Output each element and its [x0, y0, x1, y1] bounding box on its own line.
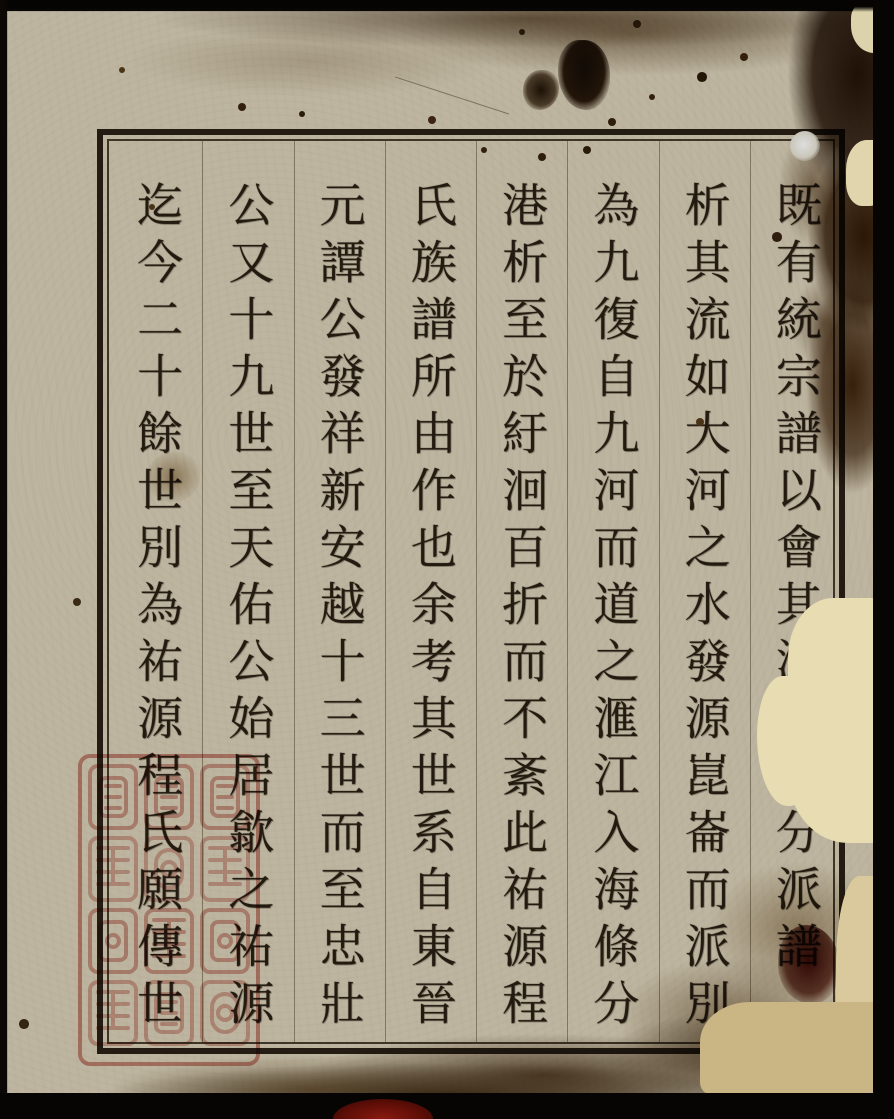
- text-column-3: 為九復自九河而道之滙江入海條分: [567, 141, 658, 1042]
- text-column-5: 氏族譜所由作也余考其世系自東晉: [385, 141, 476, 1042]
- column-text: 氏族譜所由作也余考其世系自東晉: [408, 141, 454, 1042]
- scan-edge-left: [0, 0, 8, 1119]
- column-text: 元譚公發祥新安越十三世而至忠壯: [317, 141, 363, 1042]
- text-column-4: 港析至於紆洄百折而不紊此祐源程: [476, 141, 567, 1042]
- column-text: 港析至於紆洄百折而不紊此祐源程: [499, 141, 545, 1042]
- scan-edge-top: [0, 0, 894, 12]
- scanned-genealogy-page: 既有統宗譜以會其源復有分派譜 析其流如大河之水發源崑崙而派別 為九復自九河而道之…: [0, 0, 894, 1119]
- red-seal-stamp-icon: [76, 752, 262, 1068]
- column-text: 既有統宗譜以會其源復有分派譜: [773, 141, 819, 1042]
- text-column-6: 元譚公發祥新安越十三世而至忠壯: [294, 141, 385, 1042]
- column-text: 析其流如大河之水發源崑崙而派別: [682, 141, 728, 1042]
- text-column-2: 析其流如大河之水發源崑崙而派別: [659, 141, 750, 1042]
- scan-edge-bottom: [0, 1093, 894, 1119]
- text-column-1: 既有統宗譜以會其源復有分派譜: [750, 141, 841, 1042]
- scan-edge-right: [873, 0, 894, 1119]
- column-text: 為九復自九河而道之滙江入海條分: [590, 141, 636, 1042]
